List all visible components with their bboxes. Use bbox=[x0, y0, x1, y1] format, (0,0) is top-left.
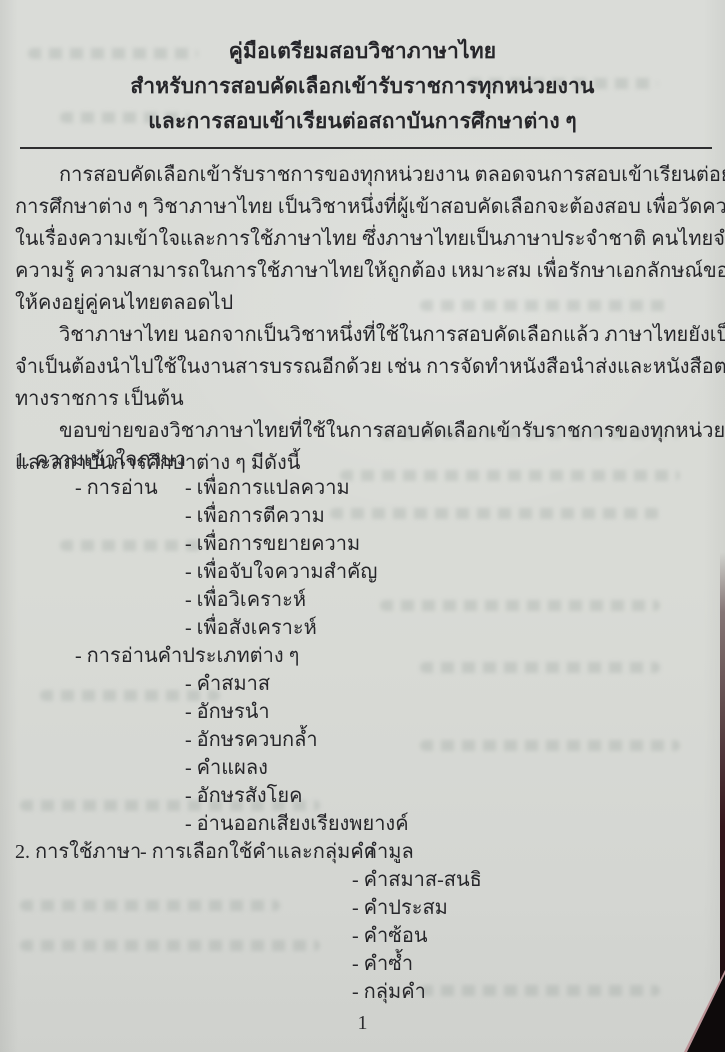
outline-row: - คำซ้อน bbox=[0, 922, 725, 950]
outline-item: - คำสมาส-สนธิ bbox=[352, 866, 482, 894]
outline-item: 1. ความเข้าใจภาษา bbox=[15, 446, 186, 474]
outline-item: - อ่านออกเสียงเรียงพยางค์ bbox=[185, 810, 409, 838]
outline-item: - อักษรนำ bbox=[185, 698, 270, 726]
title-line-3: และการสอบเข้าเรียนต่อสถาบันการศึกษาต่าง … bbox=[0, 104, 725, 139]
outline-row: 2. การใช้ภาษา - การเลือกใช้คำและกลุ่มคำ … bbox=[0, 838, 725, 866]
outline-row: - อักษรสังโยค bbox=[0, 782, 725, 810]
outline-row: - คำสมาส-สนธิ bbox=[0, 866, 725, 894]
outline-item: - คำซ้อน bbox=[352, 922, 428, 950]
outline-item: 2. การใช้ภาษา bbox=[15, 838, 141, 866]
outline-row: - อักษรควบกล้ำ bbox=[0, 726, 725, 754]
outline-row: - เพื่อสังเคราะห์ bbox=[0, 614, 725, 642]
outline-row: - อ่านออกเสียงเรียงพยางค์ bbox=[0, 810, 725, 838]
paragraph-line: ทางราชการ เป็นต้น bbox=[15, 383, 711, 415]
paragraph-line: ให้คงอยู่คู่คนไทยตลอดไป bbox=[15, 287, 711, 319]
paragraph-line: ขอบข่ายของวิชาภาษาไทยที่ใช้ในการสอบคัดเล… bbox=[15, 415, 711, 447]
outline-item: - คำมูล bbox=[352, 838, 414, 866]
outline-item: - เพื่อสังเคราะห์ bbox=[185, 614, 317, 642]
outline-item: - อักษรควบกล้ำ bbox=[185, 726, 318, 754]
outline-row: - เพื่อการตีความ bbox=[0, 502, 725, 530]
outline-row: - คำซ้ำ bbox=[0, 950, 725, 978]
syllabus-outline: 1. ความเข้าใจภาษา - การอ่าน - เพื่อการแป… bbox=[0, 446, 725, 1006]
outline-item: - คำแผลง bbox=[185, 754, 268, 782]
outline-row: - เพื่อจับใจความสำคัญ bbox=[0, 558, 725, 586]
paragraph-line: การสอบคัดเลือกเข้ารับราชการของทุกหน่วยงา… bbox=[15, 159, 711, 191]
outline-item: - คำสมาส bbox=[185, 670, 270, 698]
outline-row: - อักษรนำ bbox=[0, 698, 725, 726]
title-divider-rule bbox=[20, 147, 712, 149]
scanned-document-page: คู่มือเตรียมสอบวิชาภาษาไทย สำหรับการสอบค… bbox=[0, 0, 725, 1052]
paragraph-line: การศึกษาต่าง ๆ วิชาภาษาไทย เป็นวิชาหนึ่ง… bbox=[15, 191, 711, 223]
outline-row: - คำแผลง bbox=[0, 754, 725, 782]
outline-item: - อักษรสังโยค bbox=[185, 782, 303, 810]
outline-item: - เพื่อจับใจความสำคัญ bbox=[185, 558, 377, 586]
outline-row: - การอ่าน - เพื่อการแปลความ bbox=[0, 474, 725, 502]
outline-row: - คำสมาส bbox=[0, 670, 725, 698]
paragraph-line: จำเป็นต้องนำไปใช้ในงานสารบรรณอีกด้วย เช่… bbox=[15, 351, 711, 383]
outline-item: - การเลือกใช้คำและกลุ่มคำ bbox=[140, 838, 375, 866]
outline-item: - คำประสม bbox=[352, 894, 448, 922]
outline-item: - การอ่าน bbox=[75, 474, 158, 502]
outline-item: - เพื่อการตีความ bbox=[185, 502, 325, 530]
paragraph-line: วิชาภาษาไทย นอกจากเป็นวิชาหนึ่งที่ใช้ในก… bbox=[15, 319, 711, 351]
paragraph-line: ในเรื่องความเข้าใจและการใช้ภาษาไทย ซึ่งภ… bbox=[15, 223, 711, 255]
outline-item: - เพื่อการแปลความ bbox=[185, 474, 350, 502]
paragraph-line: ความรู้ ความสามารถในการใช้ภาษาไทยให้ถูกต… bbox=[15, 255, 711, 287]
outline-row: - กลุ่มคำ bbox=[0, 978, 725, 1006]
outline-item: - กลุ่มคำ bbox=[352, 978, 426, 1006]
outline-row: - เพื่อวิเคราะห์ bbox=[0, 586, 725, 614]
outline-item: - เพื่อวิเคราะห์ bbox=[185, 586, 306, 614]
outline-item: - คำซ้ำ bbox=[352, 950, 413, 978]
outline-row: 1. ความเข้าใจภาษา bbox=[0, 446, 725, 474]
outline-row: - เพื่อการขยายความ bbox=[0, 530, 725, 558]
title-line-1: คู่มือเตรียมสอบวิชาภาษาไทย bbox=[0, 34, 725, 69]
outline-item: - เพื่อการขยายความ bbox=[185, 530, 360, 558]
outline-row: - คำประสม bbox=[0, 894, 725, 922]
outline-item: - การอ่านคำประเภทต่าง ๆ bbox=[75, 642, 299, 670]
page-number: 1 bbox=[0, 1012, 725, 1035]
body-paragraphs: การสอบคัดเลือกเข้ารับราชการของทุกหน่วยงา… bbox=[15, 159, 711, 479]
document-title: คู่มือเตรียมสอบวิชาภาษาไทย สำหรับการสอบค… bbox=[0, 34, 725, 139]
title-line-2: สำหรับการสอบคัดเลือกเข้ารับราชการทุกหน่ว… bbox=[0, 69, 725, 104]
outline-row: - การอ่านคำประเภทต่าง ๆ bbox=[0, 642, 725, 670]
